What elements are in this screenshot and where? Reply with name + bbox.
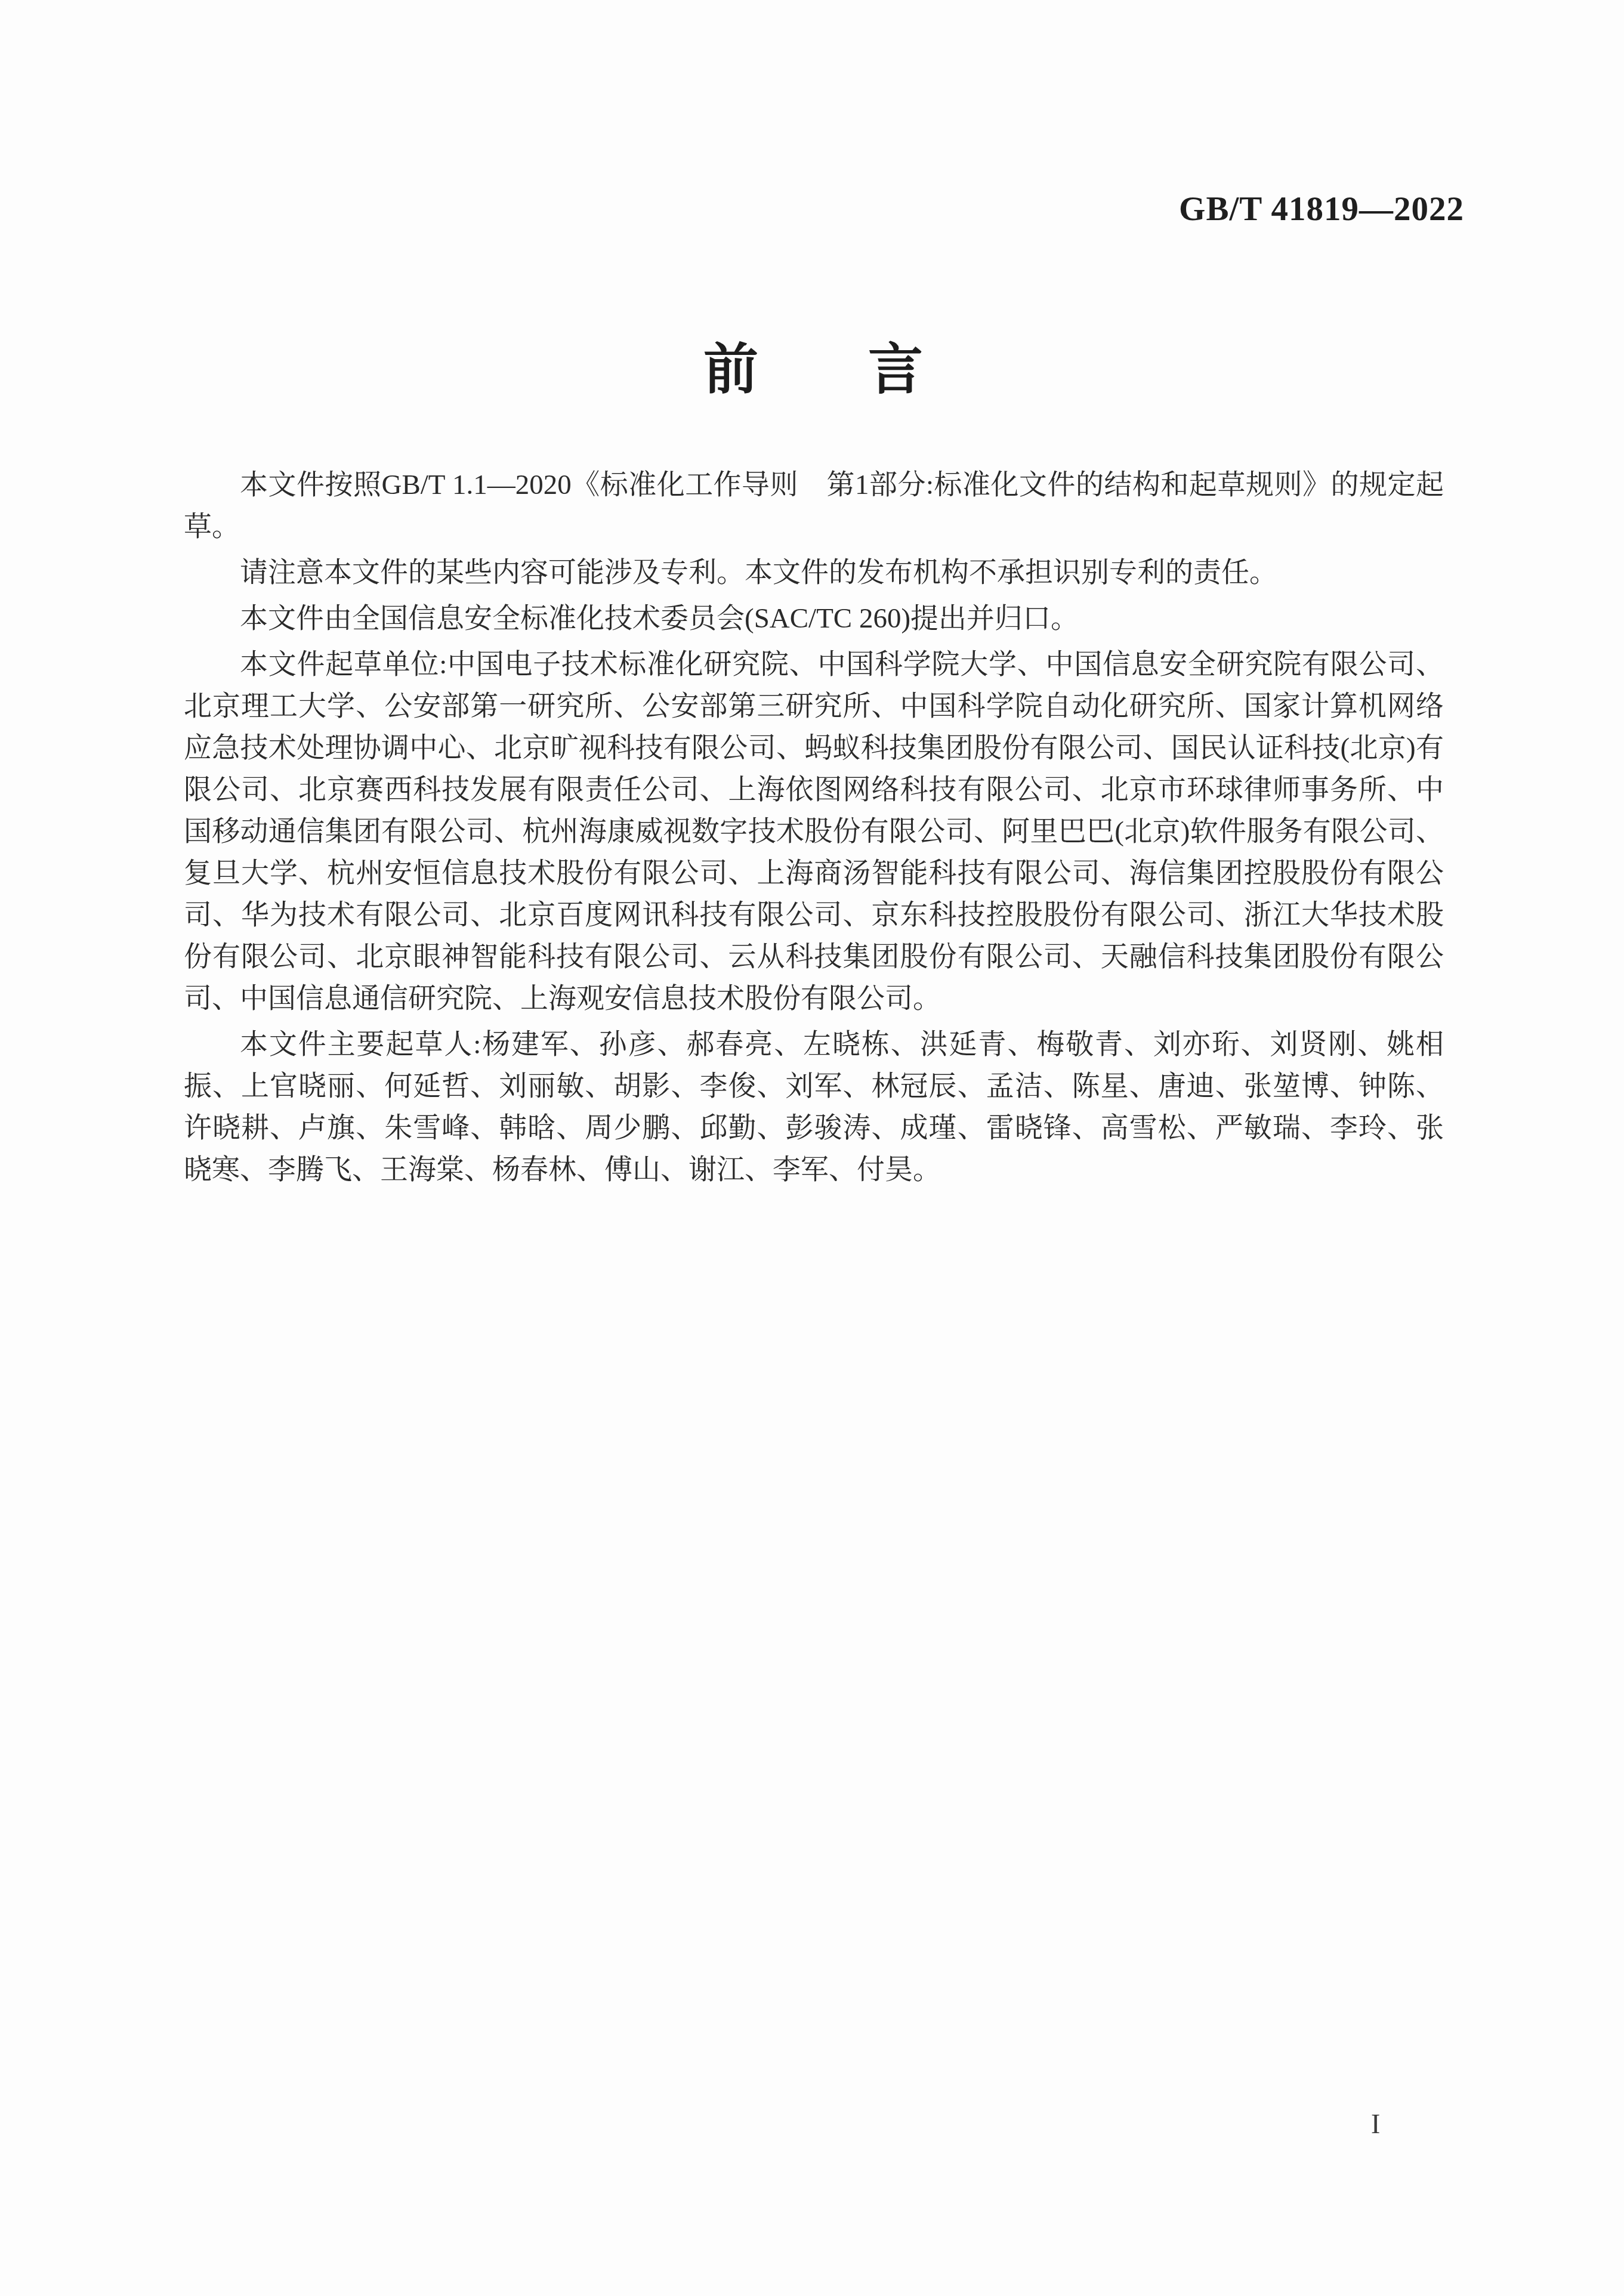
document-page: GB/T 41819—2022 前 言 本文件按照GB/T 1.1—2020《标… <box>0 0 1624 2296</box>
foreword-paragraph-1: 本文件按照GB/T 1.1—2020《标准化工作导则 第1部分:标准化文件的结构… <box>184 464 1444 548</box>
foreword-paragraph-2: 请注意本文件的某些内容可能涉及专利。本文件的发布机构不承担识别专利的责任。 <box>184 552 1444 594</box>
page-number: I <box>1371 2108 1380 2140</box>
foreword-body: 本文件按照GB/T 1.1—2020《标准化工作导则 第1部分:标准化文件的结构… <box>184 464 1444 1195</box>
foreword-paragraph-5: 本文件主要起草人:杨建军、孙彦、郝春亮、左晓栋、洪延青、梅敬青、刘亦珩、刘贤刚、… <box>184 1024 1444 1191</box>
foreword-paragraph-4: 本文件起草单位:中国电子技术标准化研究院、中国科学院大学、中国信息安全研究院有限… <box>184 644 1444 1019</box>
foreword-paragraph-3: 本文件由全国信息安全标准化技术委员会(SAC/TC 260)提出并归口。 <box>184 598 1444 639</box>
page-title: 前 言 <box>183 337 1444 403</box>
standard-code: GB/T 41819—2022 <box>1179 190 1464 228</box>
